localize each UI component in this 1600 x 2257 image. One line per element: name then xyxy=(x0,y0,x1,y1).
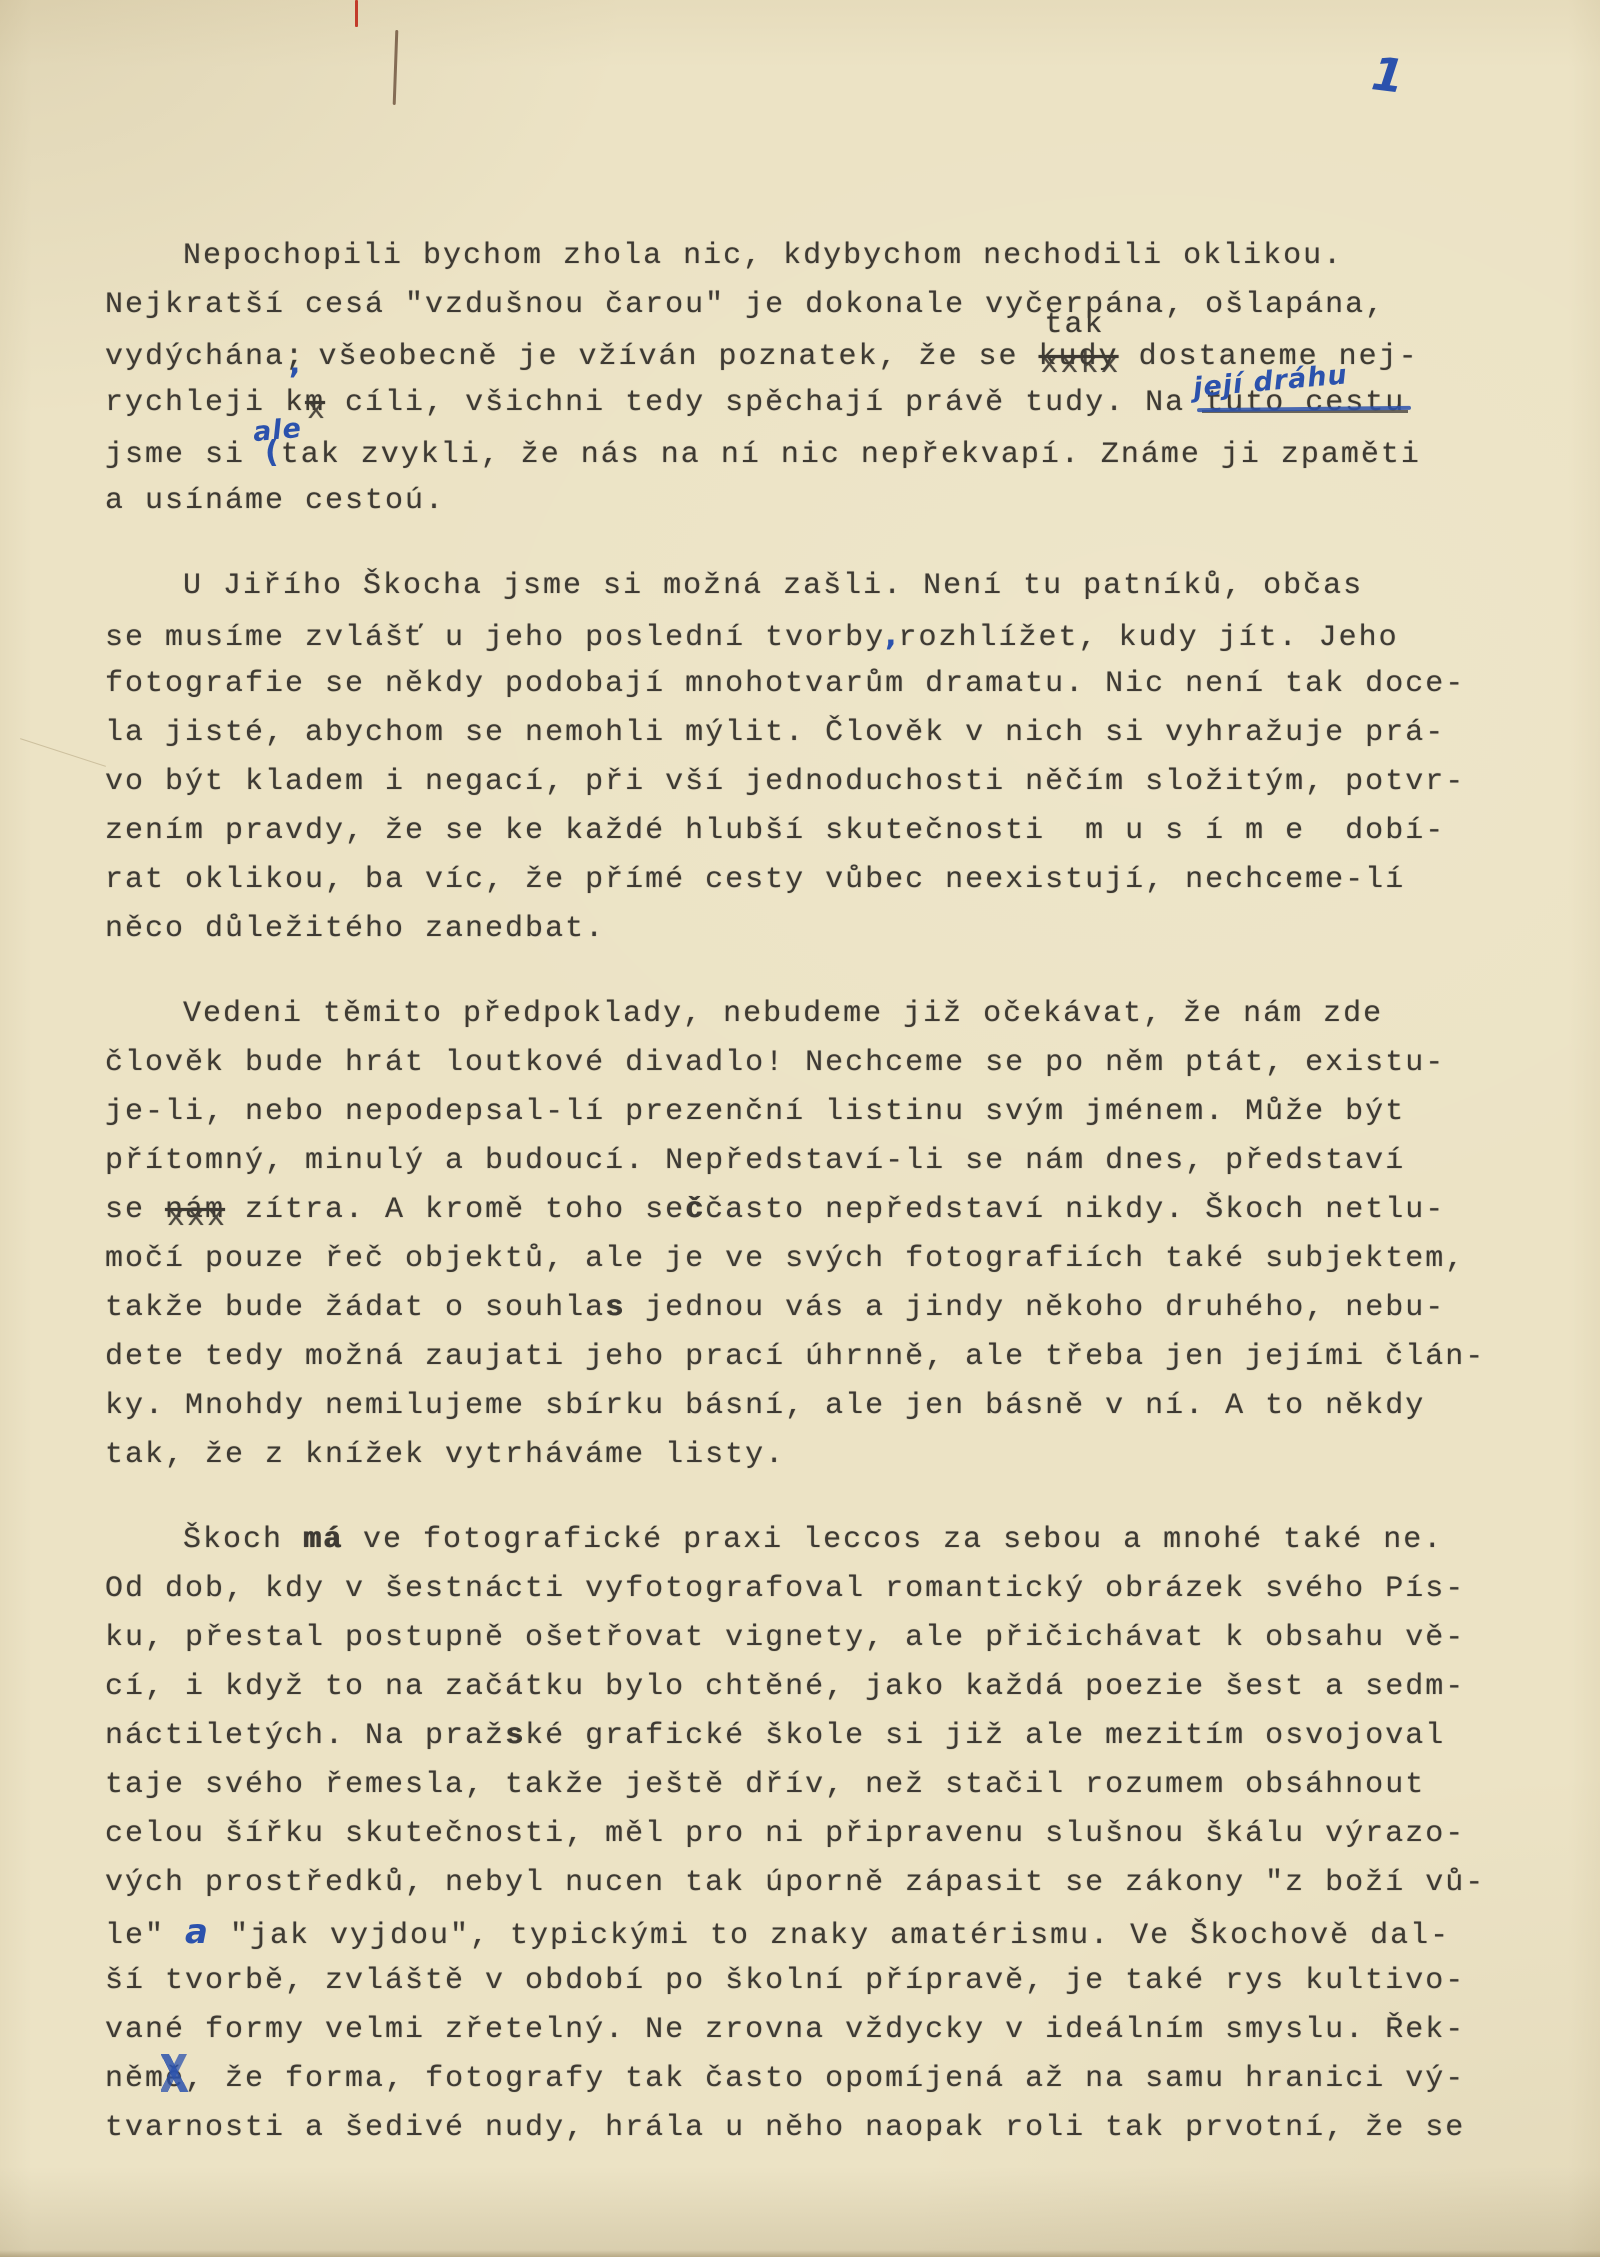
typed-text: la jisté, abychom se nemohli mýlit. Člov… xyxy=(105,716,1445,750)
typed-correction-above: tak xyxy=(1045,301,1105,350)
pen-annotation: , xyxy=(289,346,302,381)
struckout-text: kudytak xyxy=(1039,340,1119,374)
text-line: přítomný, minulý a budoucí. Nepředstaví-… xyxy=(105,1137,1560,1186)
typed-text: U Jiřího Škocha jsme si možná zašli. Nen… xyxy=(183,569,1363,603)
text-line: a usínáme cestoú. xyxy=(105,477,1560,526)
typed-text: dete tedy možná zaujati jeho prací úhrnn… xyxy=(105,1340,1485,1374)
text-line: němě, že forma, fotografy tak často opom… xyxy=(105,2055,1560,2104)
text-line: se nám zítra. A kromě toho seččasto nepř… xyxy=(105,1186,1560,1235)
pen-annotation: (ale xyxy=(265,435,281,470)
text-line: vané formy velmi zřetelný. Ne zrovna vžd… xyxy=(105,2006,1560,2055)
text-line: Škoch má ve fotografické praxi leccos za… xyxy=(105,1516,1560,1565)
text-line: Nepochopili bychom zhola nic, kdybychom … xyxy=(105,232,1560,281)
paragraph: Nepochopili bychom zhola nic, kdybychom … xyxy=(105,232,1560,526)
typed-text: zením pravdy, že se ke každé hlubší skut… xyxy=(105,814,1445,848)
text-line: Nejkratší cesá "vzdušnou čarou" je dokon… xyxy=(105,281,1560,330)
text-line: fotografie se někdy podobají mnohotvarům… xyxy=(105,660,1560,709)
typed-text: vydýchána; xyxy=(105,340,305,374)
typed-text: se xyxy=(105,1193,165,1227)
pen-annotation: a xyxy=(185,1912,210,1952)
typed-text: celou šířku skutečnosti, měl pro ni přip… xyxy=(105,1817,1465,1851)
typed-text: jednou vás a jindy někoho druhého, nebu- xyxy=(625,1291,1445,1325)
paper-crease xyxy=(20,738,106,767)
typed-text: zítra. A kromě toho se xyxy=(225,1193,685,1227)
typed-text: rat oklikou, ba víc, že přímé cesty vůbe… xyxy=(105,863,1405,897)
text-line: cí, i když to na začátku bylo chtěné, ja… xyxy=(105,1663,1560,1712)
typed-text: rozhlížet, kudy jít. Jeho xyxy=(899,621,1399,655)
text-line: ší tvorbě, zvláště v období po školní př… xyxy=(105,1957,1560,2006)
handwritten-page-number: 1 xyxy=(1369,46,1407,103)
typed-text: cí, i když to na začátku bylo chtěné, ja… xyxy=(105,1670,1465,1704)
pen-struck-text: tuto cestujejí dráhu xyxy=(1205,386,1405,420)
scanned-typewritten-page: { "page": { "number": "1", "colors": { "… xyxy=(0,0,1600,2257)
text-line: celou šířku skutečnosti, měl pro ni přip… xyxy=(105,1810,1560,1859)
red-pen-mark xyxy=(355,0,358,27)
text-line: rychleji km cíli, všichni tedy spěchají … xyxy=(105,379,1560,428)
struckout-text: nám xyxy=(165,1193,225,1227)
typed-text: fotografie se někdy podobají mnohotvarům… xyxy=(105,667,1465,701)
pen-scratched-text: ě xyxy=(165,2062,185,2096)
typed-text: Škoch xyxy=(183,1523,303,1557)
typed-text: ší tvorbě, zvláště v období po školní př… xyxy=(105,1964,1465,1998)
typed-text: vo být kladem i negací, při vší jednoduc… xyxy=(105,765,1465,799)
typed-text: něm xyxy=(105,2062,165,2096)
text-line: člověk bude hrát loutkové divadlo! Nechc… xyxy=(105,1039,1560,1088)
typed-text: se musíme zvlášť u jeho poslední tvorby xyxy=(105,621,885,655)
typed-text: vané formy velmi zřetelný. Ne zrovna vžd… xyxy=(105,2013,1465,2047)
typewritten-text: Nepochopili bychom zhola nic, kdybychom … xyxy=(105,232,1560,2153)
typed-text: tak, že z knížek vytrháváme listy. xyxy=(105,1438,785,1472)
text-line: něco důležitého zanedbat. xyxy=(105,905,1560,954)
typed-text: cíli, všichni tedy spěchají právě tudy. … xyxy=(325,386,1205,420)
typed-text: ve fotografické praxi leccos za sebou a … xyxy=(343,1523,1443,1557)
typed-text: vých prostředků, nebyl nucen tak úporně … xyxy=(105,1866,1485,1900)
typed-text: ké grafické škole si již ale mezitím osv… xyxy=(525,1719,1445,1753)
text-line: dete tedy možná zaujati jeho prací úhrnn… xyxy=(105,1333,1560,1382)
scan-bottom-edge xyxy=(0,2250,1600,2257)
typed-text: Nejkratší cesá "vzdušnou čarou" je dokon… xyxy=(105,288,1385,322)
text-line: taje svého řemesla, takže ještě dřív, ne… xyxy=(105,1761,1560,1810)
handwritten-correction-above: ale xyxy=(252,415,303,446)
typed-text: ky. Mnohdy nemilujeme sbírku básní, ale … xyxy=(105,1389,1425,1423)
text-line: takže bude žádat o souhlas jednou vás a … xyxy=(105,1284,1560,1333)
text-line: U Jiřího Škocha jsme si možná zašli. Nen… xyxy=(105,562,1560,611)
typed-text: Nepochopili bychom zhola nic, kdybychom … xyxy=(183,239,1343,273)
ink-smudge-mark xyxy=(393,30,399,105)
text-line: ky. Mnohdy nemilujeme sbírku básní, ale … xyxy=(105,1382,1560,1431)
typed-text: takže bude žádat o souhla xyxy=(105,1291,605,1325)
text-line: Vedeni těmito předpoklady, nebudeme již … xyxy=(105,990,1560,1039)
typed-text: Od dob, kdy v šestnácti vyfotografoval r… xyxy=(105,1572,1465,1606)
typed-text: ku, přestal postupně ošetřovat vignety, … xyxy=(105,1621,1465,1655)
typed-text: jsme si xyxy=(105,438,265,472)
text-line: je-li, nebo nepodepsal-lí prezenční list… xyxy=(105,1088,1560,1137)
text-line: tak, že z knížek vytrháváme listy. xyxy=(105,1431,1560,1480)
text-line: le" a "jak vyjdou", typickými to znaky a… xyxy=(105,1908,1560,1957)
text-line: Od dob, kdy v šestnácti vyfotografoval r… xyxy=(105,1565,1560,1614)
pen-annotation: , xyxy=(885,618,898,653)
typed-text: všeobecně je vžíván poznatek, že se xyxy=(298,340,1038,374)
typed-text: něco důležitého zanedbat. xyxy=(105,912,605,946)
text-line: rat oklikou, ba víc, že přímé cesty vůbe… xyxy=(105,856,1560,905)
overtyped-text: s xyxy=(605,1291,625,1325)
paragraph: Vedeni těmito předpoklady, nebudeme již … xyxy=(105,990,1560,1480)
typed-text: často nepředstaví nikdy. Škoch netlu- xyxy=(705,1193,1445,1227)
paragraph: Škoch má ve fotografické praxi leccos za… xyxy=(105,1516,1560,2153)
overtyped-text: č xyxy=(685,1193,705,1227)
typed-text: le" xyxy=(105,1919,185,1953)
typed-text: tvarnosti a šedivé nudy, hrála u něho na… xyxy=(105,2111,1465,2145)
struckout-text: m xyxy=(305,386,325,420)
typed-text: Vedeni těmito předpoklady, nebudeme již … xyxy=(183,997,1383,1031)
text-line: la jisté, abychom se nemohli mýlit. Člov… xyxy=(105,709,1560,758)
typed-text: náctiletých. Na praž xyxy=(105,1719,505,1753)
overtyped-text: s xyxy=(505,1719,525,1753)
text-line: náctiletých. Na pražské grafické škole s… xyxy=(105,1712,1560,1761)
typed-text: a usínáme cestoú. xyxy=(105,484,445,518)
paragraph: U Jiřího Škocha jsme si možná zašli. Nen… xyxy=(105,562,1560,954)
typed-text: tak zvykli, že nás na ní nic nepřekvapí.… xyxy=(281,438,1421,472)
overtyped-text: má xyxy=(303,1523,343,1557)
text-line: vo být kladem i negací, při vší jednoduc… xyxy=(105,758,1560,807)
typed-text: , že forma, fotografy tak často opomíjen… xyxy=(185,2062,1465,2096)
text-line: močí pouze řeč objektů, ale je ve svých … xyxy=(105,1235,1560,1284)
typed-text: je-li, nebo nepodepsal-lí prezenční list… xyxy=(105,1095,1405,1129)
text-line: ku, přestal postupně ošetřovat vignety, … xyxy=(105,1614,1560,1663)
typed-text: taje svého řemesla, takže ještě dřív, ne… xyxy=(105,1768,1425,1802)
typed-text: "jak vyjdou", typickými to znaky amatéri… xyxy=(210,1919,1450,1953)
typed-text: močí pouze řeč objektů, ale je ve svých … xyxy=(105,1242,1465,1276)
typed-text: přítomný, minulý a budoucí. Nepředstaví-… xyxy=(105,1144,1405,1178)
text-line: se musíme zvlášť u jeho poslední tvorby,… xyxy=(105,611,1560,660)
text-line: tvarnosti a šedivé nudy, hrála u něho na… xyxy=(105,2104,1560,2153)
text-line: vých prostředků, nebyl nucen tak úporně … xyxy=(105,1859,1560,1908)
text-line: zením pravdy, že se ke každé hlubší skut… xyxy=(105,807,1560,856)
typed-text: člověk bude hrát loutkové divadlo! Nechc… xyxy=(105,1046,1445,1080)
